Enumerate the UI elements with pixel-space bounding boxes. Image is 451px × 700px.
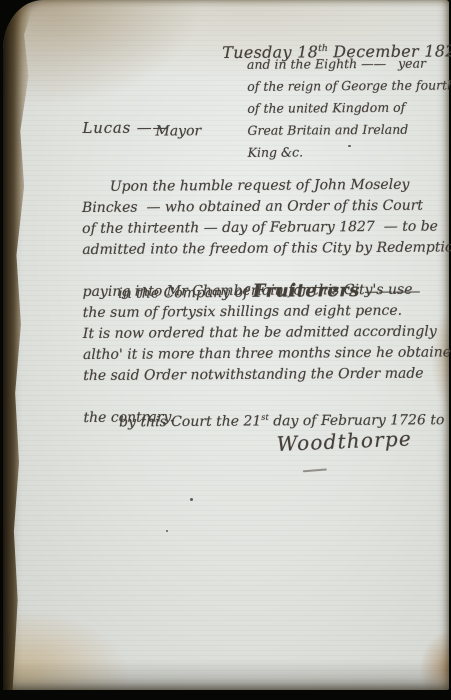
handwriting-layer: Tuesday 18th December 1827. and in the E… (0, 0, 451, 700)
margin-mayor-title: Mayor (155, 123, 201, 139)
body-line: It is now ordered that he be admitted ac… (83, 321, 449, 345)
body-line: of the thirteenth — day of February 1827… (82, 216, 448, 240)
body-line-company: in the Company of Fruiterers ———— (82, 258, 448, 282)
reign-line: King &c. (248, 140, 451, 163)
body-line: altho' it is more than three months sinc… (83, 342, 449, 366)
prior-order-suffix: day of February 1726 to (269, 412, 445, 429)
body-line: admitted into the freedom of this City b… (82, 237, 448, 261)
body-line: the sum of fortysix shillings and eight … (83, 300, 449, 324)
signature-flourish (303, 468, 327, 472)
clerk-signature: Woodthorpe (276, 426, 412, 456)
reign-line: of the reign of George the fourth (247, 74, 451, 97)
reign-line: Great Britain and Ireland (247, 118, 451, 141)
body-line-prior-order: by this Court the 21st day of February 1… (83, 384, 449, 408)
body-line: Upon the humble request of John Moseley (82, 174, 448, 198)
body-line: Binckes — who obtained an Order of this … (82, 195, 448, 219)
body-line: paying into Mr Chamberlain for this City… (83, 279, 449, 303)
body-line: the said Order notwithstanding the Order… (83, 363, 449, 387)
reign-line: and in the Eighth —— year (247, 52, 451, 75)
reign-statement: and in the Eighth —— year of the reign o… (247, 52, 451, 163)
manuscript-photo: Tuesday 18th December 1827. and in the E… (0, 0, 451, 700)
reign-line: of the united Kingdom of (247, 96, 451, 119)
order-paragraph: Upon the humble request of John Moseley … (82, 174, 450, 429)
